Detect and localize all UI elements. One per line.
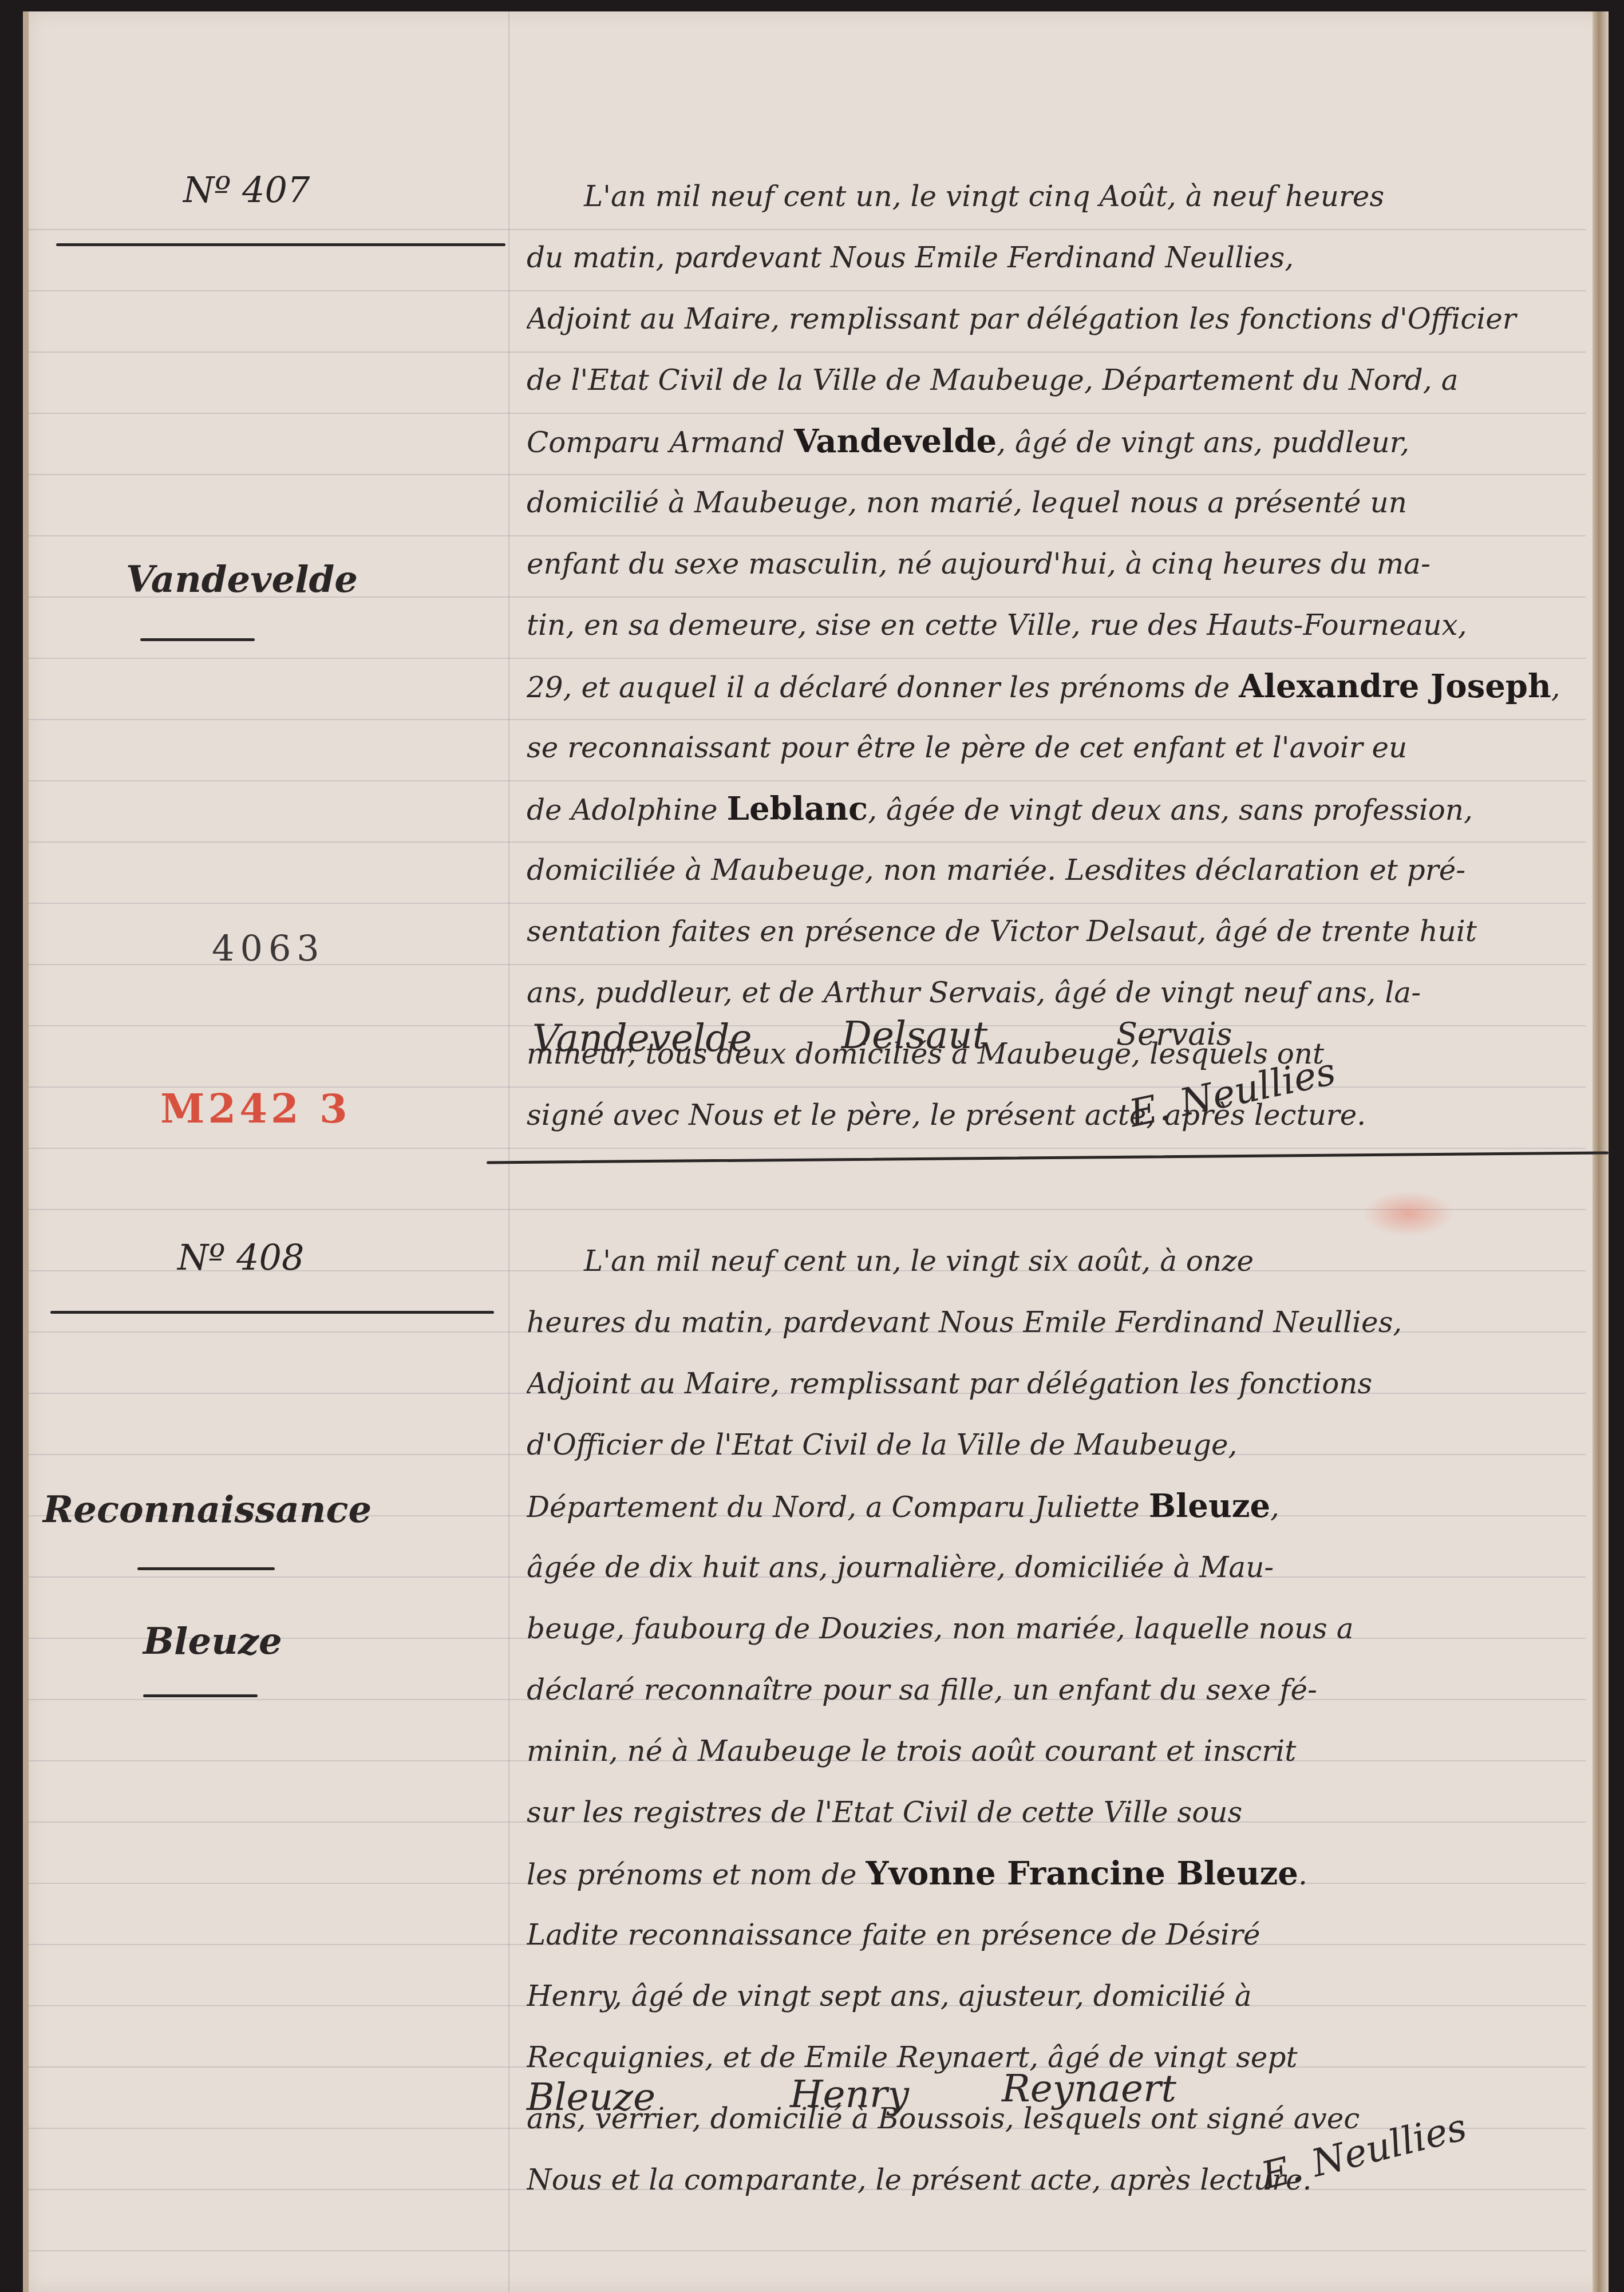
text-segment: domiciliée à Maubeuge, non mariée. Lesdi… xyxy=(527,853,1465,887)
text-line: du matin, pardevant Nous Emile Ferdinand… xyxy=(527,227,1603,289)
margin-title-reconnaissance: Reconnaissance xyxy=(43,1488,372,1531)
text-segment: âgée de dix huit ans, journalière, domic… xyxy=(527,1551,1274,1584)
divider-line xyxy=(50,1311,494,1314)
ruled-line xyxy=(29,1148,1586,1149)
divider-line xyxy=(140,638,255,641)
text-segment: Adjoint au Maire, remplissant par déléga… xyxy=(527,1367,1372,1400)
text-line: ans, puddleur, et de Arthur Servais, âgé… xyxy=(527,962,1603,1024)
highlighted-name: Yvonne Francine Bleuze xyxy=(866,1855,1298,1892)
text-segment: , xyxy=(1551,671,1560,704)
ruled-line xyxy=(29,1209,1586,1210)
divider-line xyxy=(137,1567,275,1570)
text-segment: Nous et la comparante, le présent acte, … xyxy=(527,2163,1311,2196)
text-segment: Henry, âgé de vingt sept ans, ajusteur, … xyxy=(527,1979,1252,2013)
text-segment: les prénoms et nom de xyxy=(527,1858,866,1891)
text-segment: déclaré reconnaître pour sa fille, un en… xyxy=(527,1673,1317,1706)
text-line: L'an mil neuf cent un, le vingt six août… xyxy=(527,1231,1603,1292)
record-separator xyxy=(487,1151,1609,1164)
text-segment: heures du matin, pardevant Nous Emile Fe… xyxy=(527,1306,1402,1339)
text-line: déclaré reconnaître pour sa fille, un en… xyxy=(527,1659,1603,1721)
record-407-text: L'an mil neuf cent un, le vingt cinq Aoû… xyxy=(527,166,1603,1146)
highlighted-name: Vandevelde xyxy=(794,422,997,460)
text-line: heures du matin, pardevant Nous Emile Fe… xyxy=(527,1292,1603,1353)
signature-reynaert: Reynaert xyxy=(1002,2066,1176,2111)
text-segment: L'an mil neuf cent un, le vingt cinq Aoû… xyxy=(584,180,1384,213)
text-segment: de Adolphine xyxy=(527,793,727,827)
text-line: sur les registres de l'Etat Civil de cet… xyxy=(527,1782,1603,1843)
text-line: Ladite reconnaissance faite en présence … xyxy=(527,1904,1603,1966)
text-line: Département du Nord, a Comparu Juliette … xyxy=(527,1476,1603,1537)
text-line: tin, en sa demeure, sise en cette Ville,… xyxy=(527,595,1603,656)
text-segment: Adjoint au Maire, remplissant par déléga… xyxy=(527,302,1516,335)
text-line: Comparu Armand Vandevelde, âgé de vingt … xyxy=(527,411,1603,472)
text-segment: Recquignies, et de Emile Reynaert, âgé d… xyxy=(527,2041,1298,2074)
text-line: Adjoint au Maire, remplissant par déléga… xyxy=(527,289,1603,350)
text-line: signé avec Nous et le père, le présent a… xyxy=(527,1085,1603,1146)
highlighted-name: Alexandre Joseph xyxy=(1239,667,1551,705)
text-segment: Département du Nord, a Comparu Juliette xyxy=(527,1491,1149,1524)
margin-rule xyxy=(508,11,509,2292)
signature-servais: Servais xyxy=(1116,1016,1232,1052)
record-number-407: Nº 407 xyxy=(183,169,310,211)
highlighted-name: Bleuze xyxy=(1149,1487,1270,1525)
text-line: de Adolphine Leblanc, âgée de vingt deux… xyxy=(527,779,1603,840)
ruled-line xyxy=(29,2250,1586,2251)
divider-line xyxy=(56,243,505,246)
text-line: L'an mil neuf cent un, le vingt cinq Aoû… xyxy=(527,166,1603,227)
signature-vandevelde: Vandevelde xyxy=(532,1016,752,1060)
text-segment: de l'Etat Civil de la Ville de Maubeuge,… xyxy=(527,363,1458,397)
record-number-408: Nº 408 xyxy=(177,1236,304,1278)
text-line: d'Officier de l'Etat Civil de la Ville d… xyxy=(527,1414,1603,1476)
text-line: sentation faites en présence de Victor D… xyxy=(527,901,1603,962)
text-line: Nous et la comparante, le présent acte, … xyxy=(527,2149,1603,2211)
text-segment: L'an mil neuf cent un, le vingt six août… xyxy=(584,1244,1254,1278)
text-segment: sentation faites en présence de Victor D… xyxy=(527,915,1477,948)
text-segment: Comparu Armand xyxy=(527,426,794,459)
text-segment: sur les registres de l'Etat Civil de cet… xyxy=(527,1796,1242,1829)
signature-bleuze: Bleuze xyxy=(527,2075,655,2119)
red-stamp-ref: M242 3 xyxy=(160,1085,351,1132)
text-segment: d'Officier de l'Etat Civil de la Ville d… xyxy=(527,1428,1237,1461)
text-segment: 29, et auquel il a déclaré donner les pr… xyxy=(527,671,1239,704)
text-segment: Ladite reconnaissance faite en présence … xyxy=(527,1918,1261,1951)
register-page: Nº 407 Vandevelde 4063 M242 3 L'an mil n… xyxy=(23,11,1609,2292)
text-line: Adjoint au Maire, remplissant par déléga… xyxy=(527,1353,1603,1414)
text-line: minin, né à Maubeuge le trois août coura… xyxy=(527,1721,1603,1782)
text-segment: tin, en sa demeure, sise en cette Ville,… xyxy=(527,608,1467,642)
text-segment: , âgée de vingt deux ans, sans professio… xyxy=(868,793,1473,827)
text-line: domiciliée à Maubeuge, non mariée. Lesdi… xyxy=(527,840,1603,901)
text-line: âgée de dix huit ans, journalière, domic… xyxy=(527,1537,1603,1598)
text-segment: domicilié à Maubeuge, non marié, lequel … xyxy=(527,486,1407,519)
text-line: domicilié à Maubeuge, non marié, lequel … xyxy=(527,472,1603,534)
text-segment: , xyxy=(1270,1491,1279,1524)
margin-name-bleuze: Bleuze xyxy=(143,1620,282,1663)
signature-henry: Henry xyxy=(790,2072,909,2116)
highlighted-name: Leblanc xyxy=(727,790,868,828)
divider-line xyxy=(143,1694,258,1697)
stamp-number: 4063 xyxy=(212,927,325,969)
text-line: se reconnaissant pour être le père de ce… xyxy=(527,717,1603,779)
text-line: 29, et auquel il a déclaré donner les pr… xyxy=(527,656,1603,717)
text-segment: . xyxy=(1298,1858,1307,1891)
signature-delsaut: Delsaut xyxy=(841,1013,987,1057)
text-segment: du matin, pardevant Nous Emile Ferdinand… xyxy=(527,241,1294,274)
text-line: beuge, faubourg de Douzies, non mariée, … xyxy=(527,1598,1603,1659)
faded-red-stamp xyxy=(1362,1191,1454,1236)
text-segment: se reconnaissant pour être le père de ce… xyxy=(527,731,1407,764)
text-line: enfant du sexe masculin, né aujourd'hui,… xyxy=(527,534,1603,595)
text-segment: enfant du sexe masculin, né aujourd'hui,… xyxy=(527,547,1431,580)
text-segment: ans, puddleur, et de Arthur Servais, âgé… xyxy=(527,976,1421,1009)
text-line: de l'Etat Civil de la Ville de Maubeuge,… xyxy=(527,350,1603,411)
text-line: Henry, âgé de vingt sept ans, ajusteur, … xyxy=(527,1966,1603,2027)
text-segment: minin, né à Maubeuge le trois août coura… xyxy=(527,1734,1296,1768)
margin-name-vandevelde: Vandevelde xyxy=(126,558,358,601)
text-segment: beuge, faubourg de Douzies, non mariée, … xyxy=(527,1612,1353,1645)
text-line: les prénoms et nom de Yvonne Francine Bl… xyxy=(527,1843,1603,1904)
text-segment: , âgé de vingt ans, puddleur, xyxy=(997,426,1409,459)
record-408-text: L'an mil neuf cent un, le vingt six août… xyxy=(527,1231,1603,2211)
